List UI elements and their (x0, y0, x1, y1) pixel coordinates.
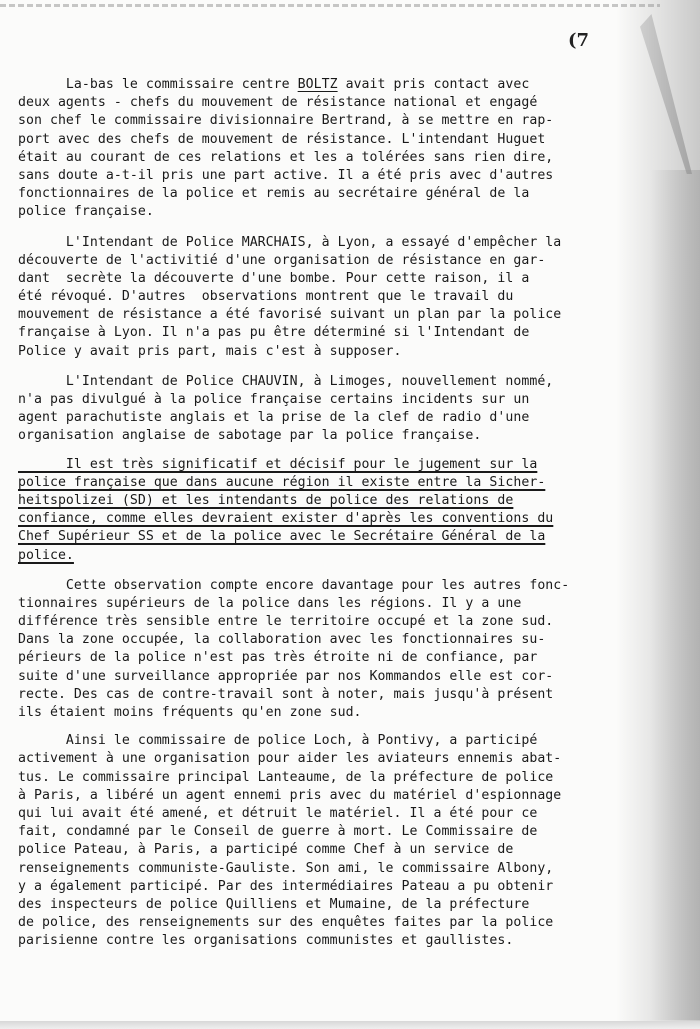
text-line: découverte de l'activitié d'une organisa… (18, 252, 678, 270)
text-line: tus. Le commissaire principal Lanteaume,… (18, 769, 678, 787)
paragraph-p4: Il est très significatif et décisif pour… (18, 456, 678, 565)
text-line: qui lui avait été amené, et détruit le m… (18, 805, 678, 823)
paragraph-p6: Ainsi le commissaire de police Loch, à P… (18, 732, 678, 950)
text-line: L'Intendant de Police CHAUVIN, à Limoges… (18, 373, 678, 391)
text-line: mouvement de résistance a été favorisé s… (18, 306, 678, 324)
text-line: heitspolizei (SD) et les intendants de p… (18, 492, 678, 510)
paragraph-p1: La-bas le commissaire centre BOLTZ avait… (18, 76, 678, 222)
text-line: renseignements communiste-Gauliste. Son … (18, 860, 678, 878)
document-body: La-bas le commissaire centre BOLTZ avait… (18, 76, 678, 958)
text-line: activement à une organisation pour aider… (18, 750, 678, 768)
text-line: Ainsi le commissaire de police Loch, à P… (18, 732, 678, 750)
text-line: était au courant de ces relations et les… (18, 149, 678, 167)
text-line: à Paris, a libéré un agent ennemi pris a… (18, 787, 678, 805)
text-line: sans doute a-t-il pris une part active. … (18, 167, 678, 185)
text-line: fait, condamné par le Conseil de guerre … (18, 823, 678, 841)
paragraph-p3: L'Intendant de Police CHAUVIN, à Limoges… (18, 373, 678, 446)
text-line: L'Intendant de Police MARCHAIS, à Lyon, … (18, 234, 678, 252)
text-line: dant secrète la découverte d'une bombe. … (18, 270, 678, 288)
text-line: été révoqué. D'autres observations montr… (18, 288, 678, 306)
text-line: confiance, comme elles devraient exister… (18, 510, 678, 528)
text-line: Police y avait pris part, mais c'est à s… (18, 343, 678, 361)
text-line: fonctionnaires de la police et remis au … (18, 185, 678, 203)
text-line: deux agents - chefs du mouvement de rési… (18, 94, 678, 112)
paragraph-p5: Cette observation compte encore davantag… (18, 577, 678, 723)
text-line: police française. (18, 203, 678, 221)
text-line: La-bas le commissaire centre BOLTZ avait… (18, 76, 678, 94)
text-line: de police, des renseignements sur des en… (18, 914, 678, 932)
text-line: différence très sensible entre le territ… (18, 613, 678, 631)
underlined-name: BOLTZ (298, 77, 338, 92)
text-line: police. (18, 547, 678, 565)
text-line: police française que dans aucune région … (18, 474, 678, 492)
text-line: n'a pas divulgué à la police française c… (18, 391, 678, 409)
text-line: ils étaient moins fréquents qu'en zone s… (18, 704, 678, 722)
text-line: Cette observation compte encore davantag… (18, 577, 678, 595)
text-line: organisation anglaise de sabotage par la… (18, 427, 678, 445)
page-top-edge (0, 4, 660, 7)
text-line: recte. Des cas de contre-travail sont à … (18, 686, 678, 704)
text-line: périeurs de la police n'est pas très étr… (18, 649, 678, 667)
text-line: police Pateau, à Paris, a participé comm… (18, 841, 678, 859)
text-line: française à Lyon. Il n'a pas pu être dét… (18, 324, 678, 342)
text-line: Dans la zone occupée, la collaboration a… (18, 631, 678, 649)
paragraph-p2: L'Intendant de Police MARCHAIS, à Lyon, … (18, 234, 678, 361)
text-line: Il est très significatif et décisif pour… (18, 456, 678, 474)
text-line: son chef le commissaire divisionnaire Be… (18, 112, 678, 130)
text-line: port avec des chefs de mouvement de rési… (18, 131, 678, 149)
text-line: parisienne contre les organisations comm… (18, 932, 678, 950)
scanned-page: (7 La-bas le commissaire centre BOLTZ av… (0, 0, 700, 1029)
page-bottom-edge (0, 1021, 700, 1029)
text-line: des inspecteurs de police Quilliens et M… (18, 896, 678, 914)
text-line: agent parachutiste anglais et la prise d… (18, 409, 678, 427)
text-line: y a également participé. Par des intermé… (18, 878, 678, 896)
text-line: Chef Supérieur SS et de la police avec l… (18, 528, 678, 546)
page-number: (7 (568, 30, 589, 51)
text-line: tionnaires supérieurs de la police dans … (18, 595, 678, 613)
text-line: suite d'une surveillance appropriée par … (18, 668, 678, 686)
